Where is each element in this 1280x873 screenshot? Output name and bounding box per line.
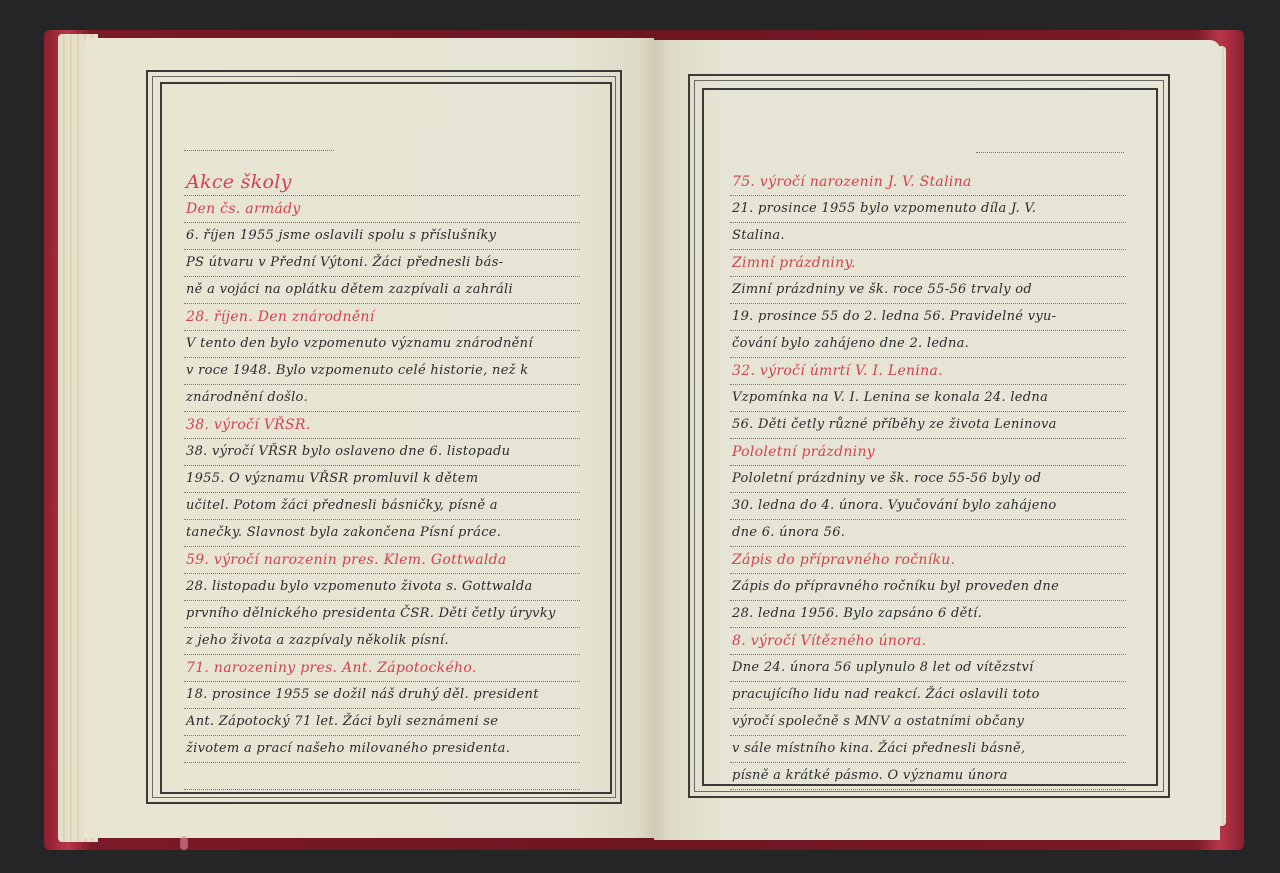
chronicle-line: z jeho života a zazpívaly několik písní.: [184, 628, 580, 655]
chronicle-line: pracujícího lidu nad reakcí. Žáci oslavi…: [730, 682, 1126, 709]
chronicle-line: Zimní prázdniny ve šk. roce 55-56 trvaly…: [730, 277, 1126, 304]
chronicle-line: Dne 24. února 56 uplynulo 8 let od vítěz…: [730, 655, 1126, 682]
empty-line: [184, 763, 580, 790]
chronicle-line: 28. říjen. Den znárodnění: [184, 304, 580, 331]
chronicle-line: Pololetní prázdniny ve šk. roce 55-56 by…: [730, 466, 1126, 493]
chronicle-line: prvního dělnického presidenta ČSR. Děti …: [184, 601, 580, 628]
chronicle-line: 71. narozeniny pres. Ant. Zápotockého.: [184, 655, 580, 682]
chronicle-line: ně a vojáci na oplátku dětem zazpívali a…: [184, 277, 580, 304]
right-page: 75. výročí narozenin J. V. Stalina 21. p…: [654, 40, 1220, 840]
chronicle-line: písně a krátké pásmo. O významu února: [730, 763, 1126, 790]
chronicle-line: Stalina.: [730, 223, 1126, 250]
chronicle-line: Zimní prázdniny.: [730, 250, 1126, 277]
chronicle-line: 1955. O významu VŘSR promluvil k dětem: [184, 466, 580, 493]
chronicle-line: 6. říjen 1955 jsme oslavili spolu s přís…: [184, 223, 580, 250]
chronicle-line: v sále místního kina. Žáci přednesli bás…: [730, 736, 1126, 763]
left-page: Akce školy Den čs. armády 6. říjen 1955 …: [84, 38, 654, 838]
ink-stain: [180, 836, 188, 850]
chronicle-line: 28. listopadu bylo vzpomenuto života s. …: [184, 574, 580, 601]
chronicle-line: 18. prosince 1955 se dožil náš druhý děl…: [184, 682, 580, 709]
chronicle-line: Pololetní prázdniny: [730, 439, 1126, 466]
chronicle-line: 56. Děti četly různé příběhy ze života L…: [730, 412, 1126, 439]
chronicle-line: výročí společně s MNV a ostatními občany: [730, 709, 1126, 736]
chronicle-line: 28. ledna 1956. Bylo zapsáno 6 dětí.: [730, 601, 1126, 628]
chronicle-line: životem a prací našeho milovaného presid…: [184, 736, 580, 763]
chronicle-line: dne 6. února 56.: [730, 520, 1126, 547]
chronicle-line: Vzpomínka na V. I. Lenina se konala 24. …: [730, 385, 1126, 412]
chronicle-line: Den čs. armády: [184, 196, 580, 223]
chronicle-line: 21. prosince 1955 bylo vzpomenuto díla J…: [730, 196, 1126, 223]
chronicle-line: 30. ledna do 4. února. Vyučování bylo za…: [730, 493, 1126, 520]
chronicle-line: 32. výročí úmrtí V. I. Lenina.: [730, 358, 1126, 385]
chronicle-line: Zápis do přípravného ročníku.: [730, 547, 1126, 574]
chronicle-line: tanečky. Slavnost byla zakončena Písní p…: [184, 520, 580, 547]
chronicle-line: 19. prosince 55 do 2. ledna 56. Pravidel…: [730, 304, 1126, 331]
header-rule: [976, 136, 1124, 153]
chronicle-line: Ant. Zápotocký 71 let. Žáci byli seznáme…: [184, 709, 580, 736]
chronicle-line: PS útvaru v Přední Výtoni. Žáci přednesl…: [184, 250, 580, 277]
chronicle-line: 75. výročí narozenin J. V. Stalina: [730, 169, 1126, 196]
right-page-lines: 75. výročí narozenin J. V. Stalina 21. p…: [730, 136, 1126, 790]
chronicle-line: čování bylo zahájeno dne 2. ledna.: [730, 331, 1126, 358]
chronicle-line: Zápis do přípravného ročníku byl provede…: [730, 574, 1126, 601]
chronicle-line: znárodnění došlo.: [184, 385, 580, 412]
header-rule: [184, 134, 334, 151]
chronicle-line: v roce 1948. Bylo vzpomenuto celé histor…: [184, 358, 580, 385]
left-page-lines: Akce školy Den čs. armády 6. říjen 1955 …: [184, 134, 580, 790]
page-title: Akce školy: [184, 169, 580, 196]
chronicle-line: 59. výročí narozenin pres. Klem. Gottwal…: [184, 547, 580, 574]
chronicle-line: V tento den bylo vzpomenuto významu znár…: [184, 331, 580, 358]
chronicle-line: 38. výročí VŘSR bylo oslaveno dne 6. lis…: [184, 439, 580, 466]
chronicle-line: učitel. Potom žáci přednesli básničky, p…: [184, 493, 580, 520]
chronicle-line: 8. výročí Vítězného února.: [730, 628, 1126, 655]
chronicle-line: 38. výročí VŘSR.: [184, 412, 580, 439]
